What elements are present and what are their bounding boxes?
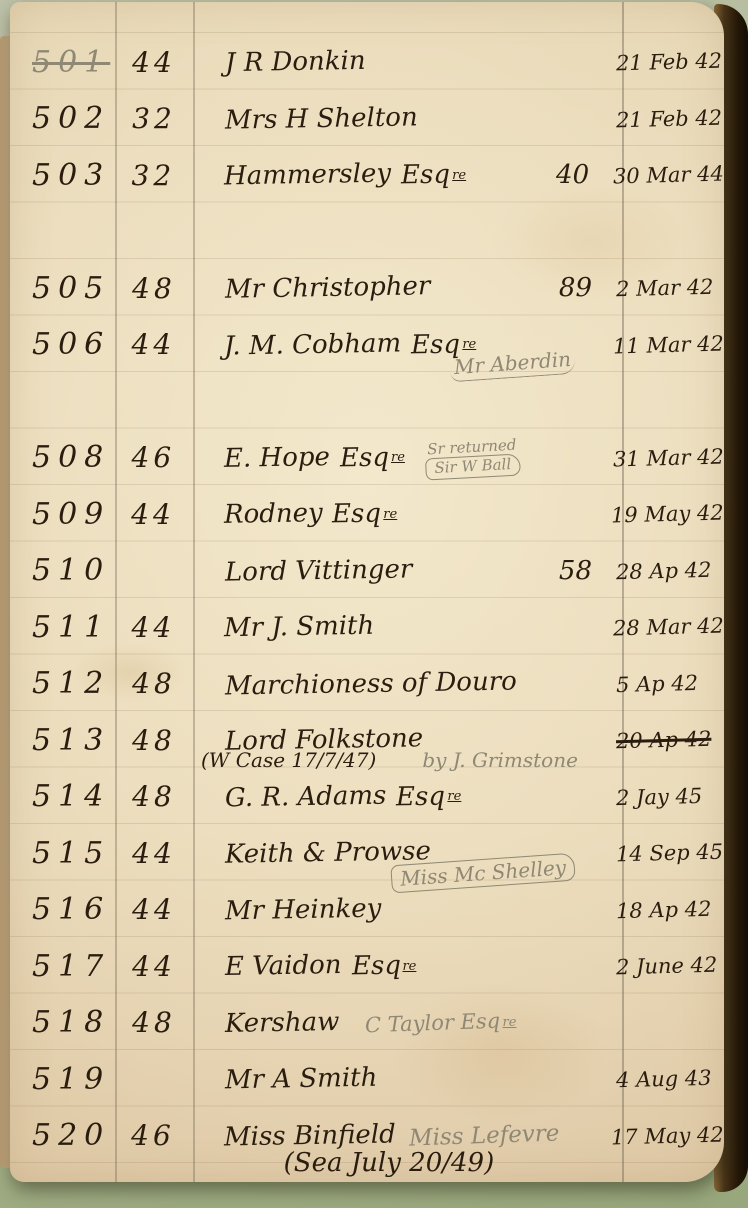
name-cell: Mrs H Shelton — [193, 91, 612, 148]
entry-number: 512 — [32, 666, 110, 701]
secondary-note: (Sea July 20/49) — [284, 1148, 495, 1178]
size-value: 44 — [132, 893, 176, 926]
name-cell: E VaidonEsqre — [193, 938, 612, 995]
size-value: 48 — [132, 724, 176, 757]
entry-date: 18 Ap 42 — [616, 897, 712, 923]
name-cell: Mr J. Smith — [192, 599, 609, 656]
size-value: 44 — [132, 837, 176, 870]
name-cell: J. M. CobhamEsqreMr Aberdin — [192, 317, 609, 374]
entry-number-cell: 510 — [10, 543, 115, 600]
pencil-annotation: by J. Grimstone — [422, 748, 578, 772]
entry-number: 503 — [32, 158, 110, 193]
entry-number-cell: 516 — [10, 882, 115, 939]
name-cell: Mr Christopher89 — [193, 260, 612, 317]
entry-number-cell: 505 — [10, 260, 115, 317]
secondary-note: (W Case 17/7/47)by J. Grimstone — [201, 748, 578, 772]
entry-number-cell: 512 — [10, 656, 115, 713]
size-cell — [115, 1051, 193, 1108]
size-value: 44 — [132, 611, 176, 644]
date-cell: 21 Feb 42 — [612, 34, 724, 91]
entry-number: 519 — [32, 1062, 110, 1097]
name-cell: Miss BinfieldMiss Lefevre(Sea July 20/49… — [192, 1108, 608, 1165]
entry-date: 5 Ap 42 — [616, 671, 699, 697]
size-cell: 44 — [115, 825, 193, 882]
secondary-note-text: (W Case 17/7/47) — [201, 748, 376, 772]
size-cell — [115, 543, 193, 600]
seat-number: 58 — [559, 556, 592, 586]
size-cell: 46 — [115, 430, 193, 487]
entry-number: 508 — [32, 440, 110, 475]
name-cell: J R Donkin — [193, 34, 612, 91]
entry-date: 2 June 42 — [616, 953, 718, 980]
secondary-note-text: (Sea July 20/49) — [284, 1148, 495, 1178]
seat-number: 89 — [559, 273, 592, 303]
ledger-rows: 50144J R Donkin21 Feb 4250232Mrs H Shelt… — [10, 34, 724, 1164]
entry-name: Mrs H Shelton — [225, 102, 418, 135]
entry-number: 520 — [32, 1118, 110, 1153]
size-value: 48 — [132, 272, 176, 305]
size-cell: 32 — [115, 91, 193, 148]
entry-date: 20 Ap 42 — [616, 727, 712, 753]
entry-number: 514 — [32, 779, 110, 814]
entry-number: 518 — [32, 1005, 110, 1040]
ledger-row: 50144J R Donkin21 Feb 42 — [10, 34, 724, 91]
entry-number-cell: 501 — [10, 34, 115, 91]
size-cell: 48 — [115, 769, 193, 826]
name-cell: Keith & ProwseMiss Mc Shelley — [193, 825, 612, 882]
entry-number: 501 — [32, 45, 110, 80]
date-cell: 2 June 42 — [612, 938, 724, 995]
entry-number-cell: 509 — [10, 486, 114, 543]
entry-number: 505 — [32, 271, 110, 306]
entry-date: 2 Mar 42 — [616, 275, 714, 302]
size-value: 48 — [132, 780, 176, 813]
entry-number-cell: 518 — [10, 995, 115, 1052]
date-cell: 30 Mar 44 — [609, 147, 724, 204]
esquire-superscript: re — [452, 168, 466, 183]
ledger-page: 50144J R Donkin21 Feb 4250232Mrs H Shelt… — [10, 2, 724, 1182]
pencil-esquire-superscript: re — [503, 1015, 517, 1030]
date-cell: 28 Mar 42 — [609, 599, 724, 656]
size-value: 48 — [132, 1006, 176, 1039]
entry-number-cell: 513 — [10, 712, 115, 769]
entry-number: 513 — [32, 723, 110, 758]
size-cell: 44 — [115, 599, 193, 656]
name-cell: KershawC Taylor Esqre — [193, 995, 612, 1052]
esquire-suffix: Esq — [396, 781, 445, 812]
entry-number: 510 — [32, 553, 110, 588]
size-cell: 48 — [115, 260, 193, 317]
size-value: 44 — [132, 950, 176, 983]
scan-background: 50144J R Donkin21 Feb 4250232Mrs H Shelt… — [0, 0, 748, 1208]
size-cell: 48 — [115, 712, 193, 769]
entry-number-cell: 503 — [10, 147, 115, 204]
date-cell: 17 May 42 — [607, 1108, 724, 1165]
entry-name: G. R. Adams — [225, 780, 387, 813]
entry-name: Rodney — [223, 498, 322, 530]
size-cell: 46 — [114, 1108, 191, 1165]
date-cell: 31 Mar 42 — [609, 430, 724, 487]
esquire-superscript: re — [391, 450, 405, 465]
entry-number: 516 — [32, 892, 110, 927]
entry-date: 14 Sep 45 — [616, 840, 724, 867]
name-cell: RodneyEsqre — [192, 486, 608, 543]
entry-date: 4 Aug 43 — [616, 1066, 712, 1092]
date-cell: 21 Feb 42 — [612, 91, 724, 148]
entry-date: 28 Ap 42 — [616, 558, 712, 584]
size-cell: 44 — [115, 317, 193, 374]
ledger-row: 51848KershawC Taylor Esqre — [10, 995, 724, 1052]
name-cell: G. R. AdamsEsqre — [193, 769, 612, 826]
ledger-row: 51544Keith & ProwseMiss Mc Shelley14 Sep… — [10, 825, 724, 882]
entry-name: Hammersley — [224, 159, 392, 192]
name-cell: Marchioness of Douro — [193, 656, 612, 713]
entry-number: 506 — [32, 327, 110, 362]
entry-date: 28 Mar 42 — [613, 614, 724, 641]
size-value: 44 — [132, 328, 176, 361]
entry-number-cell: 519 — [10, 1051, 115, 1108]
ledger-row: 51644Mr Heinkey18 Ap 42 — [10, 882, 724, 939]
entry-name: E. Hope — [224, 442, 330, 474]
pencil-annotation-line2: Sir W Ball — [425, 453, 521, 479]
entry-date: 31 Mar 42 — [613, 444, 724, 471]
size-cell: 32 — [115, 147, 193, 204]
ledger-row: 51744E VaidonEsqre2 June 42 — [10, 938, 724, 995]
esquire-superscript: re — [447, 789, 461, 804]
ledger-row: 51448G. R. AdamsEsqre2 Jay 45 — [10, 769, 724, 826]
pencil-annotation: C Taylor Esq — [365, 1008, 501, 1037]
entry-number-cell: 517 — [10, 938, 115, 995]
date-cell: 11 Mar 42 — [609, 317, 724, 374]
date-cell — [612, 995, 724, 1052]
entry-date: 17 May 42 — [611, 1122, 724, 1149]
date-cell: 14 Sep 45 — [612, 825, 724, 882]
ledger-row: 51144Mr J. Smith28 Mar 42 — [10, 599, 724, 656]
entry-date: 19 May 42 — [611, 501, 724, 528]
size-value: 46 — [131, 1119, 175, 1152]
date-cell: 2 Jay 45 — [612, 769, 724, 826]
esquire-suffix: Esq — [332, 499, 381, 530]
size-value: 48 — [132, 667, 176, 700]
ledger-row: 50846E. HopeEsqreSr returnedSir W Ball31… — [10, 430, 724, 487]
entry-number: 502 — [32, 101, 110, 136]
size-value: 44 — [132, 46, 176, 79]
date-cell: 4 Aug 43 — [612, 1051, 724, 1108]
entry-number: 517 — [32, 949, 110, 984]
entry-number-cell: 515 — [10, 825, 115, 882]
entry-number-cell: 514 — [10, 769, 115, 826]
esquire-superscript: re — [462, 337, 476, 352]
size-value: 32 — [132, 159, 176, 192]
size-cell: 44 — [115, 34, 193, 91]
seat-number: 40 — [556, 160, 589, 190]
ledger-row: 50644J. M. CobhamEsqreMr Aberdin11 Mar 4… — [10, 317, 724, 374]
ledger-row: 50232Mrs H Shelton21 Feb 42 — [10, 91, 724, 148]
ledger-row: 51348Lord Folkstone(W Case 17/7/47)by J.… — [10, 712, 724, 769]
date-cell: 28 Ap 42 — [612, 543, 724, 600]
ledger-row: 52046Miss BinfieldMiss Lefevre(Sea July … — [10, 1108, 724, 1165]
esquire-superscript: re — [383, 507, 397, 522]
entry-number-cell: 506 — [10, 317, 115, 374]
size-cell: 44 — [114, 486, 191, 543]
name-cell: Lord Folkstone(W Case 17/7/47)by J. Grim… — [193, 712, 612, 769]
entry-name: E Vaidon — [225, 950, 342, 982]
entry-name: J. M. Cobham — [224, 328, 402, 361]
entry-date: 11 Mar 42 — [613, 331, 724, 358]
entry-date: 21 Feb 42 — [616, 105, 723, 132]
size-cell: 44 — [115, 882, 193, 939]
ledger-row: 50548Mr Christopher892 Mar 42 — [10, 260, 724, 317]
size-value: 44 — [131, 498, 175, 531]
entry-number-cell: 511 — [10, 599, 115, 656]
name-cell: HammersleyEsqre40 — [192, 147, 609, 204]
entry-number-cell: 502 — [10, 91, 115, 148]
date-cell: 2 Mar 42 — [612, 260, 724, 317]
size-cell: 48 — [115, 656, 193, 713]
entry-number-cell: 520 — [10, 1108, 114, 1165]
ledger-row: 519Mr A Smith4 Aug 43 — [10, 1051, 724, 1108]
name-cell: Lord Vittinger58 — [193, 543, 612, 600]
entry-number: 509 — [32, 497, 110, 532]
ledger-row: 50332HammersleyEsqre4030 Mar 44 — [10, 147, 724, 204]
ledger-row — [10, 204, 724, 261]
entry-name: Marchioness of Douro — [225, 666, 517, 701]
entry-date: 21 Feb 42 — [616, 49, 723, 76]
entry-name: Mr J. Smith — [224, 611, 375, 644]
entry-name: Mr Christopher — [225, 271, 431, 305]
entry-name: Kershaw — [225, 1007, 340, 1039]
ledger-row: 50944RodneyEsqre19 May 42 — [10, 486, 724, 543]
entry-number: 515 — [32, 836, 110, 871]
esquire-suffix: Esq — [340, 442, 389, 473]
entry-date: 2 Jay 45 — [616, 784, 703, 810]
date-cell: 18 Ap 42 — [612, 882, 724, 939]
esquire-superscript: re — [402, 959, 416, 974]
size-value: 46 — [132, 441, 176, 474]
size-cell: 48 — [115, 995, 193, 1052]
ledger-row: 51248Marchioness of Douro5 Ap 42 — [10, 656, 724, 713]
ledger-row — [10, 373, 724, 430]
entry-number-cell: 508 — [10, 430, 115, 487]
name-cell: E. HopeEsqreSr returnedSir W Ball — [192, 430, 609, 487]
size-value: 32 — [132, 102, 176, 135]
date-cell: 20 Ap 42 — [612, 712, 724, 769]
pencil-annotation: Miss Lefevre — [409, 1120, 560, 1151]
entry-number: 511 — [32, 610, 110, 645]
entry-name: Mr Heinkey — [225, 893, 382, 926]
esquire-suffix: Esq — [351, 951, 400, 982]
name-cell: Mr A Smith — [193, 1051, 612, 1108]
pencil-annotation: Sr returnedSir W Ball — [424, 436, 521, 479]
entry-name: Lord Vittinger — [225, 554, 413, 587]
ledger-row: 510Lord Vittinger5828 Ap 42 — [10, 543, 724, 600]
entry-date: 30 Mar 44 — [613, 162, 724, 189]
size-cell: 44 — [115, 938, 193, 995]
date-cell: 5 Ap 42 — [612, 656, 724, 713]
entry-name: Mr A Smith — [225, 1063, 378, 1096]
esquire-suffix: Esq — [401, 160, 450, 191]
entry-name: J R Donkin — [225, 46, 366, 78]
date-cell: 19 May 42 — [607, 486, 724, 543]
